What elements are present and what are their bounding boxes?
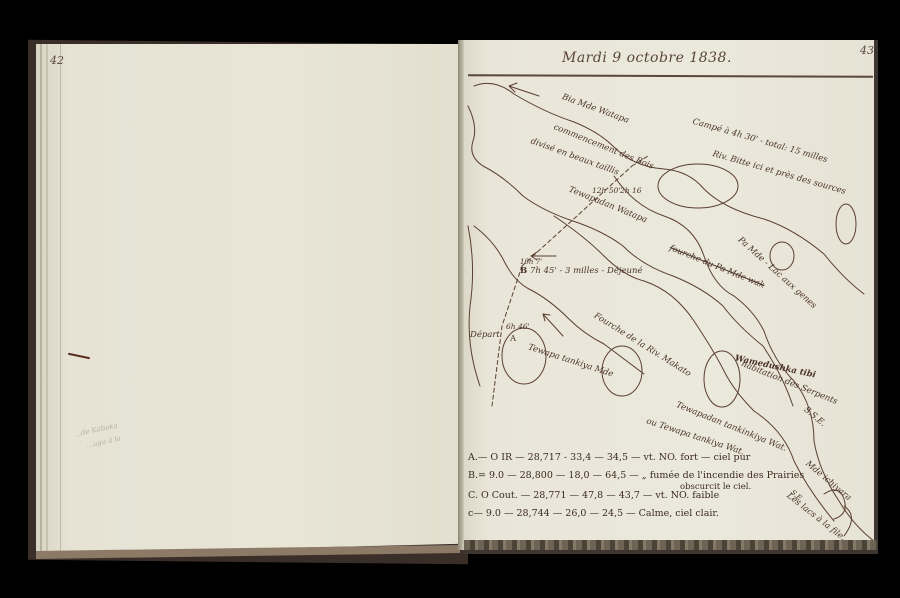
observation-row: A.— O IR — 28,717 - 33,4 — 34,5 — vt. NO… <box>468 452 750 463</box>
observation-row: c— 9.0 — 28,744 — 26,0 — 24,5 — Calme, c… <box>468 508 719 519</box>
open-notebook: 42 ...de Kaboka ...ugu à la 43 Mardi 9 o… <box>0 0 900 598</box>
page-edge <box>46 44 48 554</box>
map-label-b-time: 10h 7' <box>520 258 542 266</box>
observation-row: C. O Cout. — 28,771 — 47,8 — 43,7 — vt. … <box>468 490 719 501</box>
map-marker-b: B <box>520 266 527 276</box>
map-label-b: 7h 45' - 3 milles - Déjeuné <box>530 266 643 276</box>
map-marker-a: A <box>510 334 516 344</box>
faint-note: ...ugu à la <box>86 434 122 449</box>
page-number-right: 43 <box>860 44 874 57</box>
left-page: 42 ...de Kaboka ...ugu à la <box>36 44 462 554</box>
page-edge <box>60 44 61 554</box>
page-number-left: 42 <box>50 54 64 67</box>
map-label-time-216: 2h 16 <box>620 186 642 195</box>
right-page-edge <box>464 540 878 550</box>
map-label-depart: Départ <box>470 330 500 340</box>
header-date: Mardi 9 octobre 1838. <box>562 50 732 66</box>
observation-row: B.= 9.0 — 28,800 — 18,0 — 64,5 — „ fumée… <box>468 470 804 481</box>
page-edge <box>40 44 42 554</box>
map-label-depart-time: 6h 46' <box>506 322 530 331</box>
map-label-time-1250: 12h 50' <box>592 186 620 195</box>
